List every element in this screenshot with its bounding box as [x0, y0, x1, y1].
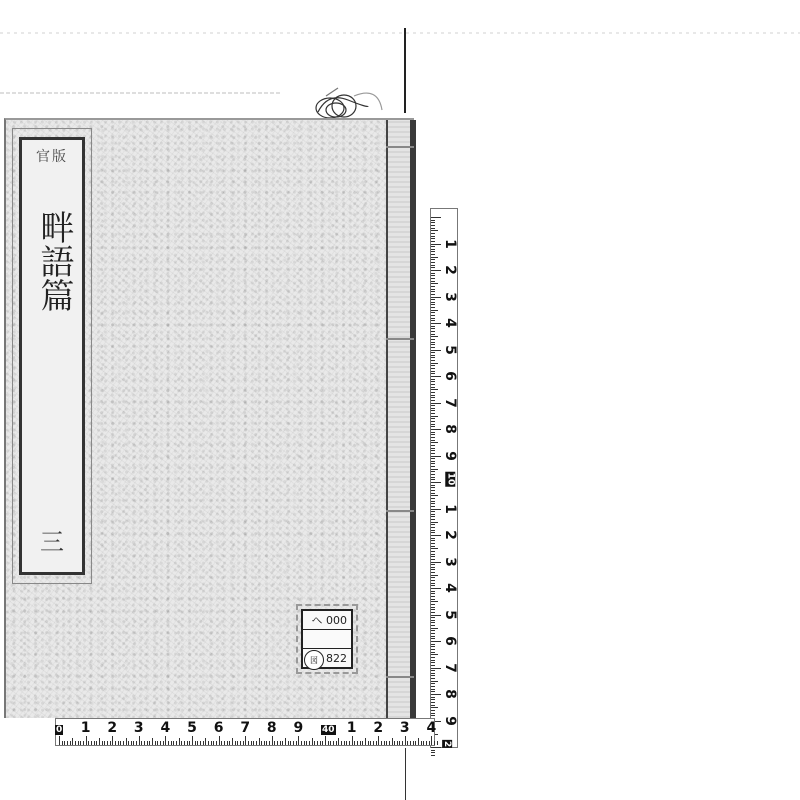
ruler-tick — [381, 741, 382, 745]
ruler-tick — [431, 437, 435, 438]
stitch-mark — [386, 510, 414, 512]
ruler-tick — [431, 302, 435, 303]
ruler-tick — [157, 741, 158, 745]
ruler-tick — [86, 736, 87, 745]
ruler-label: 8 — [442, 687, 458, 701]
ruler-tick — [431, 413, 435, 414]
binding-thread-line — [405, 748, 406, 800]
ruler-tick — [431, 238, 435, 239]
ruler-tick — [171, 741, 172, 745]
ruler-tick — [431, 630, 435, 631]
ruler-tick — [431, 251, 435, 252]
ruler-tick — [431, 612, 435, 613]
ruler-tick — [431, 559, 435, 560]
ruler-tick — [431, 625, 435, 626]
ruler-label: 3 — [442, 555, 458, 569]
ruler-tick — [118, 741, 119, 745]
ruler-tick — [67, 741, 68, 745]
ruler-tick — [434, 741, 435, 745]
ruler-tick — [221, 741, 222, 745]
ruler-tick — [431, 259, 435, 260]
ruler-tick — [280, 741, 281, 745]
ruler-tick — [431, 254, 435, 255]
ruler-label: 1 — [79, 720, 93, 736]
ruler-tick — [431, 736, 432, 745]
ruler-tick — [176, 741, 177, 745]
ruler-tick — [431, 320, 435, 321]
ruler-tick — [431, 342, 435, 343]
ruler-tick — [224, 741, 225, 745]
ruler-tick — [431, 416, 438, 417]
volume-number: 三 — [22, 522, 82, 557]
ruler-tick — [431, 310, 438, 311]
ruler-tick — [370, 741, 371, 745]
ruler-label: 5 — [442, 343, 458, 357]
ruler-tick — [75, 741, 76, 745]
ruler-tick — [431, 307, 435, 308]
ruler-tick — [431, 607, 435, 608]
ruler-tick — [431, 270, 441, 271]
ruler-tick — [187, 741, 188, 745]
ruler-tick — [431, 474, 435, 475]
ruler-tick — [285, 738, 286, 745]
ruler-tick — [431, 299, 435, 300]
ruler-label: 6 — [442, 634, 458, 648]
ruler-tick — [431, 429, 441, 430]
ruler-tick — [253, 741, 254, 745]
ruler-tick — [431, 373, 435, 374]
ruler-tick — [407, 741, 408, 745]
ruler-tick — [431, 371, 435, 372]
ruler-tick — [431, 440, 435, 441]
ruler-label: 6 — [442, 369, 458, 383]
ruler-tick — [415, 741, 416, 745]
ruler-tick — [208, 741, 209, 745]
ruler-tick — [306, 741, 307, 745]
ruler-tick — [104, 741, 105, 745]
ruler-tick — [431, 357, 435, 358]
ruler-tick — [338, 738, 339, 745]
ruler-tick — [431, 636, 435, 637]
ruler-tick — [272, 736, 273, 745]
ruler-tick — [389, 741, 390, 745]
scanner-artifact-line — [0, 32, 800, 34]
ruler-tick — [94, 741, 95, 745]
ruler-tick — [431, 670, 435, 671]
ruler-tick — [240, 741, 241, 745]
ruler-tick — [431, 662, 435, 663]
ruler-tick — [431, 469, 438, 470]
ruler-tick — [259, 738, 260, 745]
ruler-tick — [160, 741, 161, 745]
ruler-tick — [431, 591, 435, 592]
ruler-tick — [431, 466, 435, 467]
ruler-tick — [431, 580, 435, 581]
book-cover: 官版 畔語篇 三 ヘ 000 図 822 — [4, 118, 414, 718]
ruler-tick — [229, 741, 230, 745]
ruler-tick — [330, 741, 331, 745]
ruler-tick — [431, 506, 435, 507]
ruler-tick — [431, 644, 435, 645]
ruler-tick — [431, 615, 441, 616]
ruler-tick — [189, 741, 190, 745]
ruler-tick — [431, 482, 441, 483]
ruler-tick — [245, 736, 246, 745]
ruler-tick — [431, 509, 441, 510]
ruler-tick — [431, 350, 441, 351]
vertical-scale-ruler: 123456789101234567892 — [430, 208, 458, 748]
ruler-tick — [431, 697, 435, 698]
ruler-tick — [155, 741, 156, 745]
ruler-tick — [431, 577, 435, 578]
ruler-tick — [328, 741, 329, 745]
ruler-tick — [200, 741, 201, 745]
ruler-tick — [80, 741, 81, 745]
library-call-number-label: ヘ 000 図 822 — [296, 604, 358, 674]
ruler-tick — [431, 715, 435, 716]
ruler-label: 7 — [442, 661, 458, 675]
ruler-tick — [144, 741, 145, 745]
ruler-label: 7 — [442, 396, 458, 410]
ruler-tick — [72, 738, 73, 745]
ruler-tick — [431, 360, 435, 361]
ruler-tick — [349, 741, 350, 745]
ruler-label: 9 — [442, 449, 458, 463]
ruler-tick — [431, 365, 435, 366]
ruler-tick — [99, 738, 100, 745]
ruler-tick — [431, 713, 435, 714]
ruler-tick — [431, 294, 435, 295]
ruler-tick — [431, 418, 435, 419]
ruler-tick — [237, 741, 238, 745]
ruler-tick — [431, 548, 438, 549]
ruler-tick — [139, 736, 140, 745]
ruler-tick — [431, 434, 435, 435]
ruler-tick — [431, 540, 435, 541]
ruler-tick — [431, 230, 438, 231]
ruler-tick — [431, 273, 435, 274]
ruler-tick — [431, 387, 435, 388]
ruler-tick — [431, 246, 435, 247]
ruler-tick — [431, 424, 435, 425]
ruler-tick — [341, 741, 342, 745]
ruler-tick — [235, 741, 236, 745]
ruler-tick — [431, 516, 435, 517]
ruler-tick — [431, 262, 435, 263]
ruler-tick — [431, 498, 435, 499]
ruler-tick — [173, 741, 174, 745]
ruler-tick — [251, 741, 252, 745]
ruler-tick — [264, 741, 265, 745]
ruler-tick — [352, 736, 353, 745]
ruler-tick — [431, 575, 438, 576]
call-number-row-2 — [303, 630, 351, 649]
ruler-tick — [431, 392, 435, 393]
ruler-tick — [203, 741, 204, 745]
ruler-tick — [431, 318, 435, 319]
ruler-tick — [431, 755, 435, 756]
ruler-tick — [431, 599, 435, 600]
ruler-tick — [431, 752, 435, 753]
ruler-tick — [320, 741, 321, 745]
ruler-tick — [309, 741, 310, 745]
ruler-tick — [431, 707, 438, 708]
ruler-tick — [431, 543, 435, 544]
ruler-tick — [431, 493, 435, 494]
ruler-tick — [431, 562, 441, 563]
ruler-tick — [431, 530, 435, 531]
ruler-label: 4 — [442, 316, 458, 330]
call-number-value: 822 — [326, 652, 347, 665]
ruler-tick — [376, 741, 377, 745]
ruler-tick — [431, 339, 435, 340]
ruler-tick — [192, 736, 193, 745]
ruler-tick — [431, 551, 435, 552]
ruler-tick — [431, 569, 435, 570]
ruler-tick — [431, 686, 435, 687]
ruler-tick — [423, 741, 424, 745]
ruler-tick — [431, 585, 435, 586]
ruler-tick — [431, 249, 435, 250]
ruler-tick — [431, 479, 435, 480]
ruler-label: 1 — [442, 502, 458, 516]
ruler-tick — [431, 397, 435, 398]
ruler-tick — [131, 741, 132, 745]
ruler-tick — [431, 514, 435, 515]
ruler-label: 2 — [105, 720, 119, 736]
ruler-tick — [165, 736, 166, 745]
ruler-tick — [431, 564, 435, 565]
ruler-tick — [431, 445, 435, 446]
stitch-mark — [386, 676, 414, 678]
ruler-tick — [431, 304, 435, 305]
ruler-tick — [431, 236, 435, 237]
ruler-tick — [431, 524, 435, 525]
ruler-label: 7 — [238, 720, 252, 736]
ruler-tick — [431, 426, 435, 427]
ruler-tick — [205, 738, 206, 745]
ruler-tick — [431, 522, 438, 523]
ruler-label: 1 — [442, 237, 458, 251]
thread-tangle-icon — [308, 82, 388, 120]
ruler-tick — [431, 283, 438, 284]
ruler-tick — [373, 741, 374, 745]
ruler-tick — [248, 741, 249, 745]
ruler-tick — [290, 741, 291, 745]
ruler-tick — [362, 741, 363, 745]
ruler-tick — [431, 453, 435, 454]
ruler-tick — [431, 485, 435, 486]
ruler-tick — [91, 741, 92, 745]
ruler-tick — [431, 710, 435, 711]
ruler-tick — [431, 519, 435, 520]
ruler-tick — [219, 736, 220, 745]
ruler-tick — [431, 267, 435, 268]
title-header: 官版 — [22, 146, 82, 166]
ruler-label: 3 — [442, 290, 458, 304]
ruler-tick — [293, 741, 294, 745]
ruler-tick — [88, 741, 89, 745]
ruler-tick — [431, 556, 435, 557]
ruler-tick — [431, 344, 435, 345]
ruler-tick — [112, 736, 113, 745]
stitch-mark — [386, 338, 414, 340]
ruler-tick — [431, 405, 435, 406]
ruler-tick — [59, 736, 60, 745]
ruler-tick — [123, 741, 124, 745]
ruler-tick — [431, 620, 435, 621]
ruler-tick — [431, 352, 435, 353]
ruler-tick — [149, 741, 150, 745]
ruler-tick — [431, 691, 435, 692]
ruler-tick — [107, 741, 108, 745]
ruler-tick — [431, 601, 438, 602]
ruler-tick — [431, 490, 435, 491]
ruler-tick — [431, 410, 435, 411]
ruler-tick — [317, 741, 318, 745]
ruler-tick — [78, 741, 79, 745]
ruler-tick — [431, 622, 435, 623]
ruler-tick — [431, 654, 438, 655]
ruler-tick — [120, 741, 121, 745]
ruler-label: 4 — [442, 581, 458, 595]
ruler-tick — [431, 604, 435, 605]
ruler-tick — [431, 665, 435, 666]
ruler-tick — [431, 501, 435, 502]
ruler-tick — [431, 363, 438, 364]
ruler-tick — [431, 257, 438, 258]
ruler-tick — [431, 487, 435, 488]
ruler-tick — [431, 241, 435, 242]
ruler-tick — [431, 699, 435, 700]
ruler-tick — [70, 741, 71, 745]
ruler-tick — [243, 741, 244, 745]
ruler-label: 2 — [442, 528, 458, 542]
ruler-tick — [431, 400, 435, 401]
ruler-tick — [421, 741, 422, 745]
ruler-tick — [179, 738, 180, 745]
library-stamp-icon: 図 — [304, 650, 324, 670]
ruler-tick — [431, 649, 435, 650]
ruler-tick — [431, 596, 435, 597]
ruler-tick — [261, 741, 262, 745]
ruler-tick — [431, 678, 435, 679]
ruler-tick — [392, 738, 393, 745]
ruler-tick — [431, 334, 435, 335]
ruler-tick — [431, 389, 438, 390]
ruler-tick — [213, 741, 214, 745]
ruler-tick — [431, 689, 435, 690]
ruler-tick — [431, 368, 435, 369]
title-frame: 官版 畔語篇 三 — [19, 137, 85, 575]
ruler-tick — [431, 312, 435, 313]
ruler-tick — [431, 638, 435, 639]
ruler-tick — [431, 217, 441, 218]
ruler-label: 2 — [442, 740, 452, 748]
ruler-tick — [346, 741, 347, 745]
ruler-tick — [431, 323, 441, 324]
ruler-tick — [322, 741, 323, 745]
ruler-tick — [128, 741, 129, 745]
ruler-tick — [431, 675, 435, 676]
ruler-tick — [413, 741, 414, 745]
ruler-tick — [431, 461, 435, 462]
ruler-tick — [431, 291, 435, 292]
ruler-tick — [394, 741, 395, 745]
ruler-tick — [354, 741, 355, 745]
ruler-tick — [431, 281, 435, 282]
ruler-tick — [136, 741, 137, 745]
ruler-tick — [336, 741, 337, 745]
ruler-tick — [365, 738, 366, 745]
ruler-tick — [211, 741, 212, 745]
ruler-tick — [368, 741, 369, 745]
ruler-tick — [431, 503, 435, 504]
ruler-label: 2 — [371, 720, 385, 736]
stitch-mark — [386, 146, 414, 148]
ruler-tick — [227, 741, 228, 745]
ruler-tick — [301, 741, 302, 745]
ruler-label: 2 — [442, 263, 458, 277]
ruler-tick — [269, 741, 270, 745]
ruler-label: 0 — [55, 725, 63, 735]
ruler-tick — [195, 741, 196, 745]
ruler-tick — [431, 527, 435, 528]
ruler-tick — [431, 681, 438, 682]
ruler-tick — [333, 741, 334, 745]
ruler-tick — [312, 738, 313, 745]
ruler-tick — [431, 395, 435, 396]
ruler-tick — [147, 741, 148, 745]
ruler-tick — [141, 741, 142, 745]
ruler-tick — [431, 442, 438, 443]
ruler-tick — [431, 668, 441, 669]
ruler-tick — [181, 741, 182, 745]
ruler-tick — [378, 736, 379, 745]
spine-edge — [410, 120, 416, 718]
ruler-tick — [431, 286, 435, 287]
ruler-tick — [266, 741, 267, 745]
ruler-tick — [431, 628, 438, 629]
book-title: 畔語篇 — [22, 210, 82, 312]
ruler-tick — [431, 432, 435, 433]
ruler-tick — [431, 646, 435, 647]
ruler-tick — [83, 741, 84, 745]
ruler-tick — [184, 741, 185, 745]
ruler-tick — [197, 741, 198, 745]
call-number-row-3: 図 822 — [303, 649, 351, 667]
title-slip: 官版 畔語篇 三 — [12, 128, 92, 584]
ruler-tick — [126, 738, 127, 745]
ruler-tick — [431, 538, 435, 539]
ruler-tick — [431, 278, 435, 279]
ruler-label: 5 — [185, 720, 199, 736]
ruler-tick — [431, 609, 435, 610]
ruler-tick — [431, 633, 435, 634]
horizontal-scale-ruler: 0123456789401234 — [55, 718, 435, 746]
ruler-tick — [431, 617, 435, 618]
ruler-tick — [325, 736, 326, 745]
ruler-tick — [431, 535, 441, 536]
ruler-tick — [418, 738, 419, 745]
ruler-tick — [431, 458, 435, 459]
ruler-tick — [296, 741, 297, 745]
ruler-tick — [431, 683, 435, 684]
ruler-tick — [431, 554, 435, 555]
ruler-tick — [431, 265, 435, 266]
ruler-tick — [277, 741, 278, 745]
ruler-label: 40 — [321, 725, 336, 735]
